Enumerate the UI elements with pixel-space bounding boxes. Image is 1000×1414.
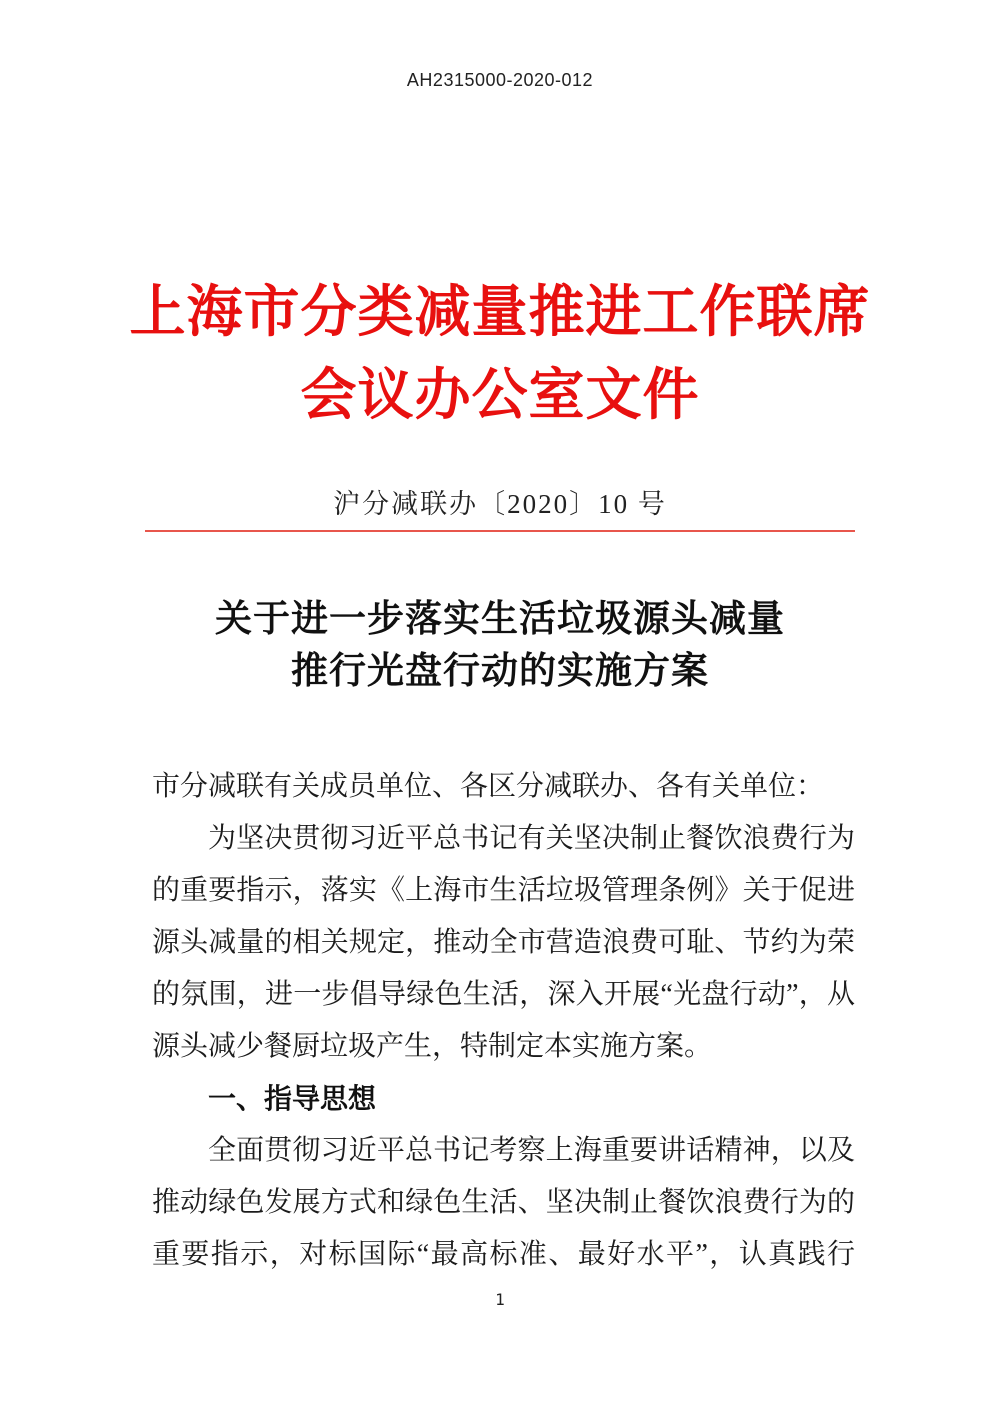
- section-heading: 一、指导思想: [152, 1073, 855, 1125]
- document-number: 沪分减联办〔2020〕10 号: [0, 488, 1000, 520]
- salutation-line: 市分减联有关成员单位、各区分减联办、各有关单位：: [152, 761, 855, 813]
- document-title-line-1: 关于进一步落实生活垃圾源头减量: [0, 594, 1000, 646]
- body-line: 源头减量的相关规定，推动全市营造浪费可耻、节约为荣: [152, 917, 855, 969]
- body-line: 源头减少餐厨垃圾产生，特制定本实施方案。: [152, 1021, 855, 1073]
- document-page: AH2315000-2020-012 上海市分类减量推进工作联席 会议办公室文件…: [0, 0, 1000, 1414]
- document-body: 市分减联有关成员单位、各区分减联办、各有关单位： 为坚决贯彻习近平总书记有关坚决…: [152, 761, 855, 1281]
- document-id: AH2315000-2020-012: [0, 70, 1000, 91]
- red-divider-line: [145, 530, 855, 532]
- body-line: 的重要指示，落实《上海市生活垃圾管理条例》关于促进: [152, 865, 855, 917]
- body-line: 为坚决贯彻习近平总书记有关坚决制止餐饮浪费行为: [152, 813, 855, 865]
- document-title-line-2: 推行光盘行动的实施方案: [0, 646, 1000, 698]
- page-number: 1: [0, 1290, 1000, 1309]
- letterhead-line-2: 会议办公室文件: [0, 355, 1000, 438]
- document-title: 关于进一步落实生活垃圾源头减量 推行光盘行动的实施方案: [0, 594, 1000, 698]
- body-line: 的氛围，进一步倡导绿色生活，深入开展“光盘行动”，从: [152, 969, 855, 1021]
- body-line: 全面贯彻习近平总书记考察上海重要讲话精神，以及: [152, 1125, 855, 1177]
- body-line: 推动绿色发展方式和绿色生活、坚决制止餐饮浪费行为的: [152, 1177, 855, 1229]
- body-line: 重要指示，对标国际“最高标准、最好水平”，认真践行: [152, 1229, 855, 1281]
- issuing-office-letterhead: 上海市分类减量推进工作联席 会议办公室文件: [0, 272, 1000, 438]
- letterhead-line-1: 上海市分类减量推进工作联席: [0, 272, 1000, 355]
